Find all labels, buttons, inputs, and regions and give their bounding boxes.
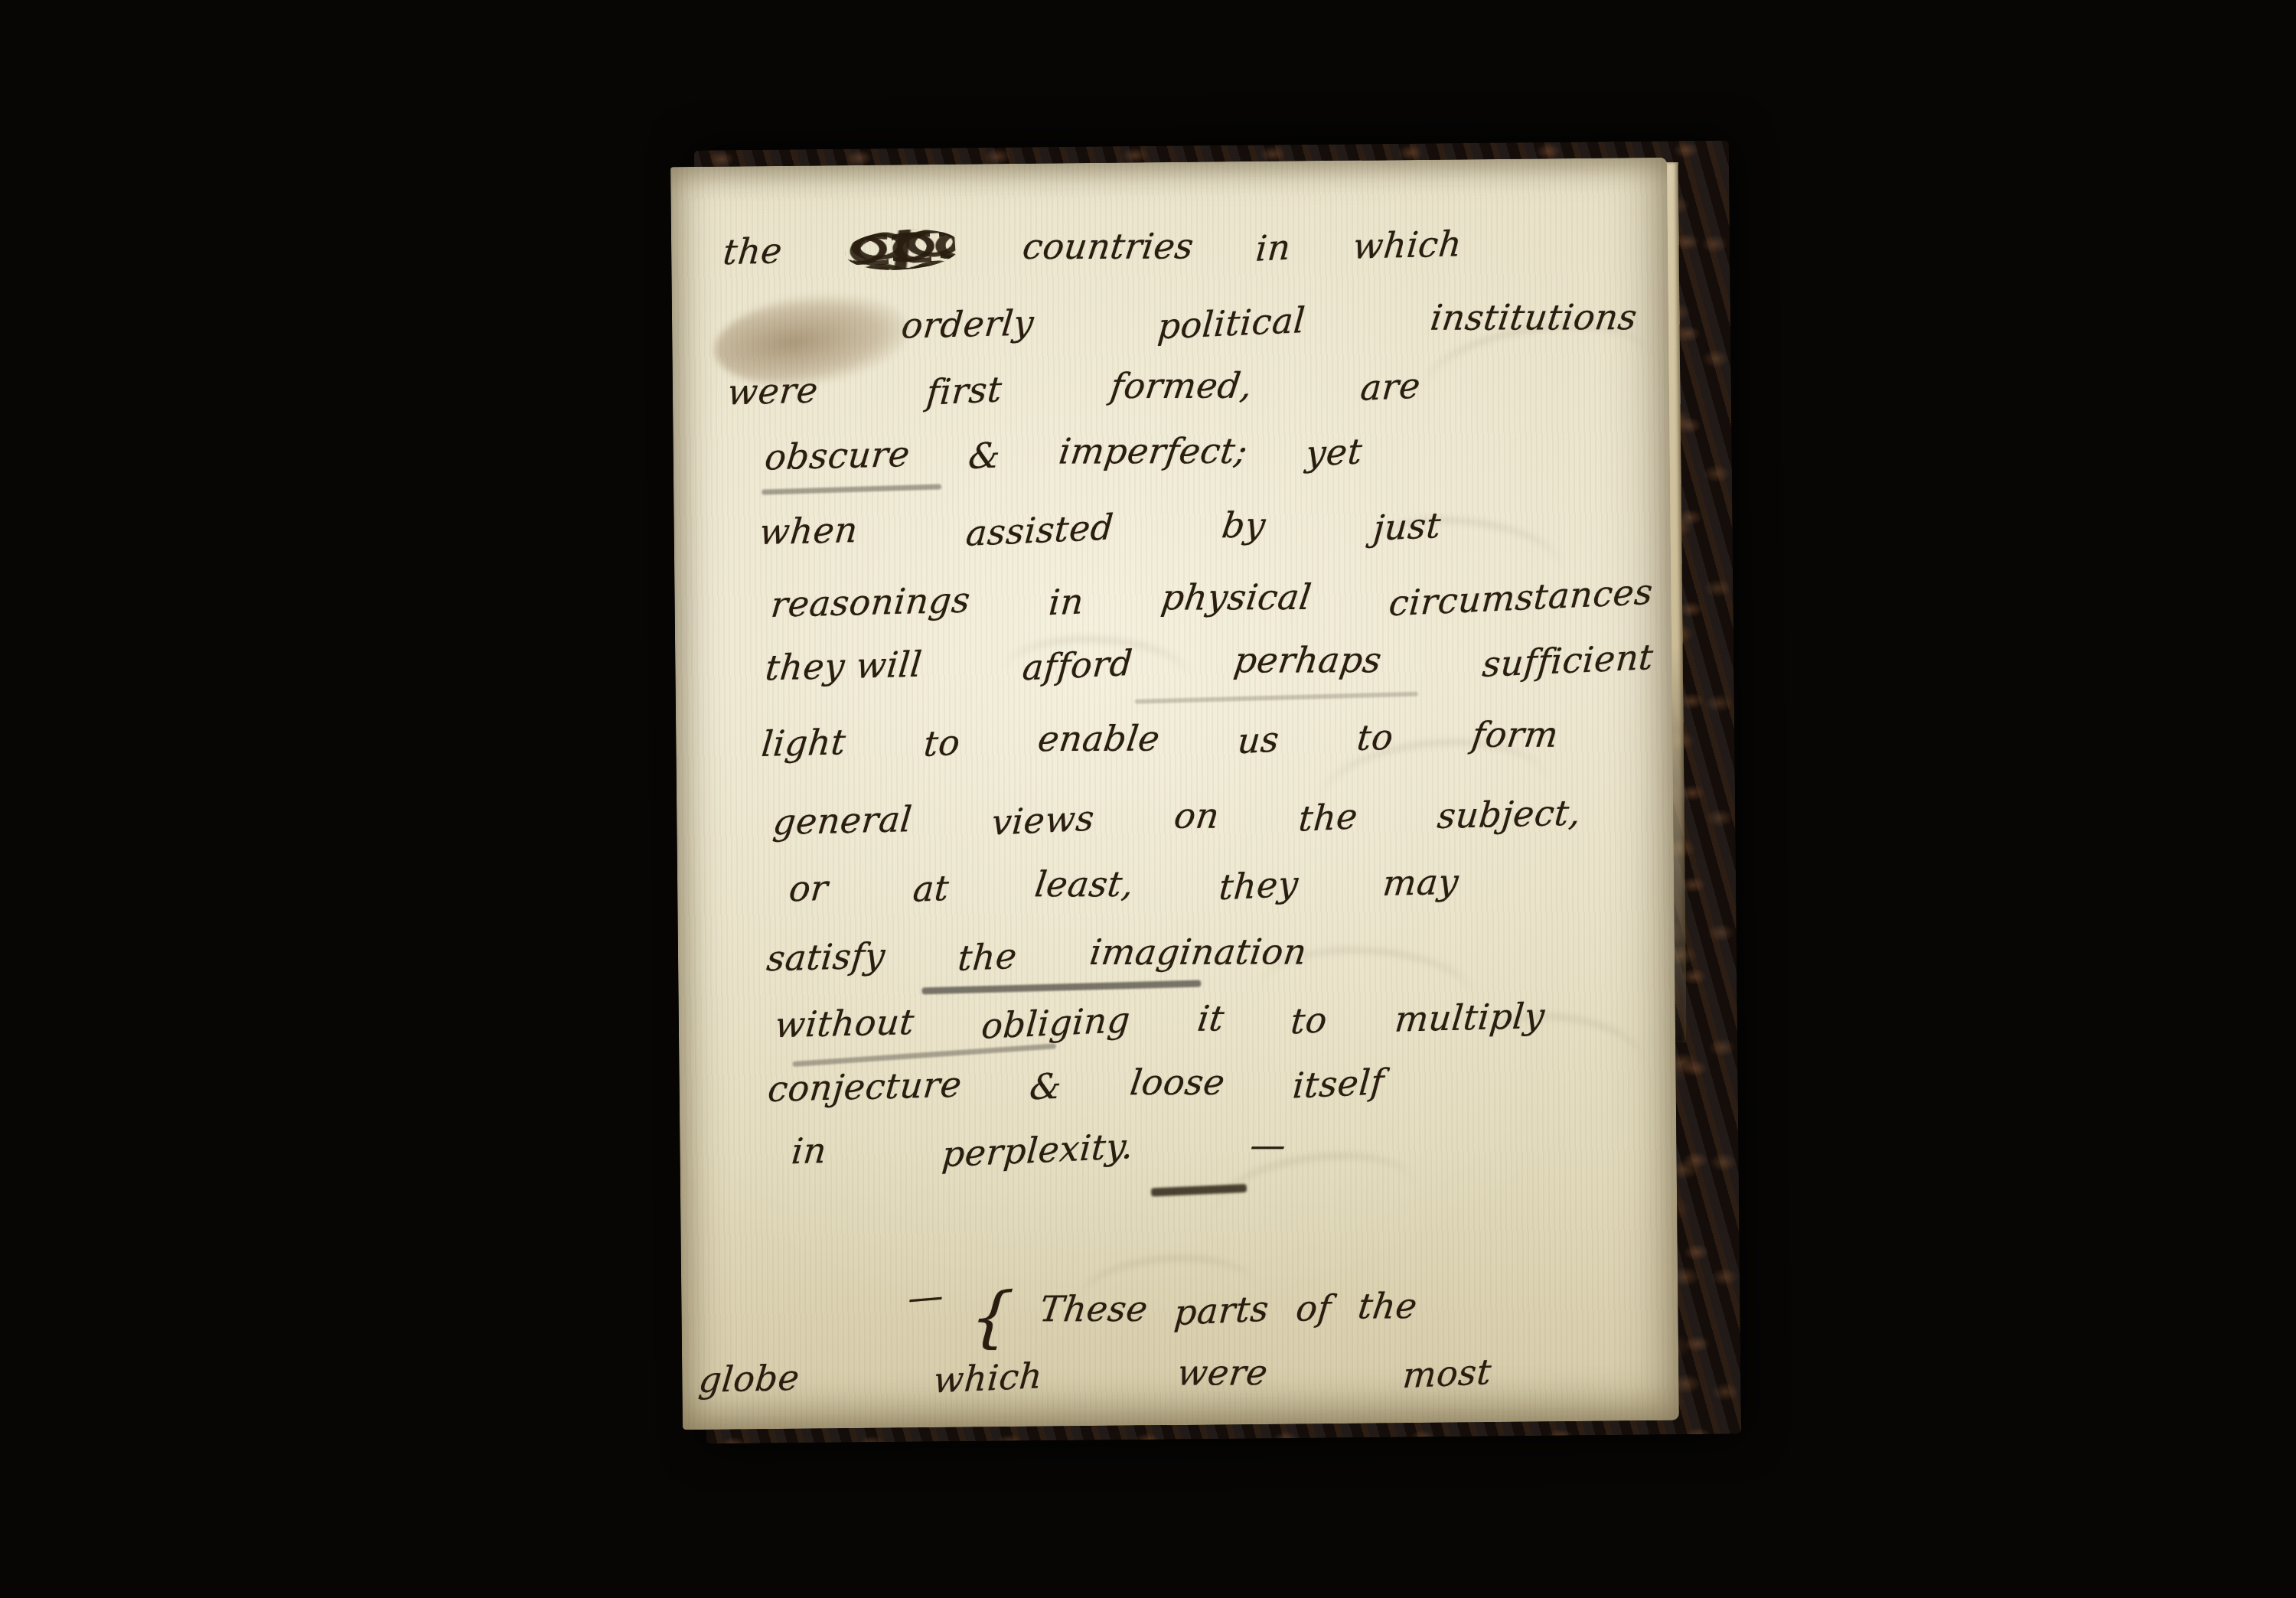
manuscript-line: globewhichweremost bbox=[699, 1353, 1491, 1399]
handwritten-word: light bbox=[760, 723, 848, 763]
text-layer: thecountriesinwhichorderlypoliticalinsti… bbox=[670, 158, 1679, 1430]
handwritten-word: enable bbox=[1035, 720, 1162, 758]
handwritten-word: parts bbox=[1173, 1290, 1271, 1332]
handwritten-word: imperfect; bbox=[1057, 432, 1251, 471]
handwritten-word: These bbox=[1038, 1290, 1151, 1329]
ink-smear-mark bbox=[1151, 1184, 1247, 1197]
manuscript-line: reasoningsinphysicalcircumstances bbox=[771, 576, 1652, 623]
handwritten-word: imagination bbox=[1088, 933, 1309, 971]
handwritten-word: countries bbox=[1020, 228, 1196, 266]
handwritten-word: orderly bbox=[900, 305, 1036, 346]
handwritten-word: — bbox=[1247, 1127, 1288, 1165]
handwritten-word: obliging bbox=[980, 1001, 1131, 1045]
manuscript-line: withoutobligingittomultiply bbox=[775, 998, 1544, 1043]
manuscript-line: they willaffordperhapssufficient bbox=[765, 640, 1653, 686]
manuscript-line: generalviewsonthesubject, bbox=[773, 795, 1580, 841]
handwritten-word: afford bbox=[1021, 644, 1134, 687]
handwritten-word: just bbox=[1371, 507, 1442, 548]
pencil-slope-mark bbox=[792, 1043, 1056, 1067]
manuscript-page: thecountriesinwhichorderlypoliticalinsti… bbox=[670, 158, 1679, 1430]
handwritten-word: yet bbox=[1304, 432, 1363, 473]
manuscript-line: conjecture&looseitself bbox=[768, 1063, 1384, 1107]
handwritten-word: it bbox=[1195, 1000, 1226, 1038]
handwritten-word: most bbox=[1401, 1353, 1493, 1395]
handwritten-word: which bbox=[1352, 226, 1464, 266]
handwritten-word: they will bbox=[764, 646, 924, 688]
handwritten-word: views bbox=[990, 800, 1096, 843]
handwritten-word: of bbox=[1294, 1290, 1333, 1329]
handwritten-word: to bbox=[1290, 1001, 1329, 1041]
handwritten-word: on bbox=[1172, 797, 1221, 836]
handwritten-word: us bbox=[1236, 721, 1280, 761]
handwritten-word: conjecture bbox=[766, 1066, 964, 1109]
handwritten-word: perplexity. bbox=[941, 1127, 1135, 1174]
handwritten-word: general bbox=[771, 801, 914, 842]
handwritten-word: globe bbox=[697, 1359, 801, 1400]
handwritten-word: the bbox=[1355, 1287, 1420, 1326]
manuscript-line: lighttoenableustoform bbox=[762, 717, 1557, 763]
handwritten-word: least, bbox=[1032, 866, 1137, 904]
manuscript-line: oratleast,theymay bbox=[789, 863, 1459, 908]
photograph-stage: thecountriesinwhichorderlypoliticalinsti… bbox=[0, 0, 2296, 1598]
handwritten-word: & bbox=[967, 436, 1001, 476]
handwritten-word: at bbox=[912, 869, 951, 909]
handwritten-word: itself bbox=[1292, 1063, 1386, 1105]
handwritten-word: first bbox=[925, 370, 1003, 412]
handwritten-word: by bbox=[1219, 507, 1267, 545]
handwritten-word: formed, bbox=[1108, 367, 1255, 406]
handwritten-word: to bbox=[1355, 719, 1395, 758]
handwritten-word: which bbox=[932, 1357, 1044, 1400]
handwritten-word: satisfy bbox=[765, 938, 887, 978]
handwritten-word: political bbox=[1156, 302, 1307, 346]
manuscript-line: whenassistedbyjust bbox=[759, 507, 1440, 551]
handwritten-word: obscure bbox=[763, 435, 912, 477]
handwritten-word: { bbox=[969, 1301, 1014, 1333]
handwritten-word: in bbox=[1254, 229, 1292, 269]
handwritten-word: multiply bbox=[1393, 997, 1547, 1039]
pencil-bold-mark bbox=[921, 980, 1201, 994]
pencil-mark bbox=[762, 484, 941, 494]
inked-out-word bbox=[844, 227, 961, 273]
manuscript-line: —{Thesepartsofthe bbox=[908, 1289, 1417, 1332]
handwritten-word: form bbox=[1469, 716, 1561, 755]
manuscript-line: inperplexity.— bbox=[791, 1128, 1285, 1171]
handwritten-word: in bbox=[1047, 582, 1084, 622]
manuscript-line: obscure&imperfect;yet bbox=[765, 432, 1362, 476]
handwritten-word: loose bbox=[1128, 1064, 1228, 1102]
manuscript-line: thecountriesinwhich bbox=[723, 224, 1462, 271]
handwritten-word: subject, bbox=[1436, 794, 1583, 836]
handwritten-word: sufficient bbox=[1481, 638, 1655, 684]
handwritten-word: physical bbox=[1159, 579, 1314, 617]
handwritten-word: the bbox=[722, 233, 784, 272]
handwritten-word: to bbox=[922, 724, 961, 764]
handwritten-word: the bbox=[1297, 797, 1359, 838]
handwritten-word: when bbox=[758, 511, 859, 552]
handwritten-word: assisted bbox=[964, 508, 1115, 553]
handwritten-word: circumstances bbox=[1388, 573, 1655, 623]
handwritten-word: may bbox=[1381, 863, 1461, 903]
handwritten-word: were bbox=[1176, 1354, 1271, 1392]
handwritten-word: in bbox=[790, 1132, 828, 1171]
handwritten-word: without bbox=[773, 1003, 916, 1045]
manuscript-line: orderlypoliticalinstitutions bbox=[902, 299, 1636, 344]
handwritten-word: or bbox=[788, 869, 830, 908]
manuscript-line: satisfytheimagination bbox=[767, 934, 1306, 977]
pencil-faint-mark bbox=[1135, 692, 1418, 704]
handwritten-word: perhaps bbox=[1232, 641, 1384, 680]
handwritten-word: & bbox=[1029, 1068, 1063, 1107]
handwritten-word: are bbox=[1359, 367, 1422, 408]
handwritten-word: — bbox=[906, 1277, 944, 1317]
handwritten-word: reasonings bbox=[769, 582, 972, 625]
handwritten-word: the bbox=[957, 938, 1019, 978]
handwritten-word: they bbox=[1217, 866, 1300, 907]
handwritten-word: institutions bbox=[1428, 298, 1639, 337]
